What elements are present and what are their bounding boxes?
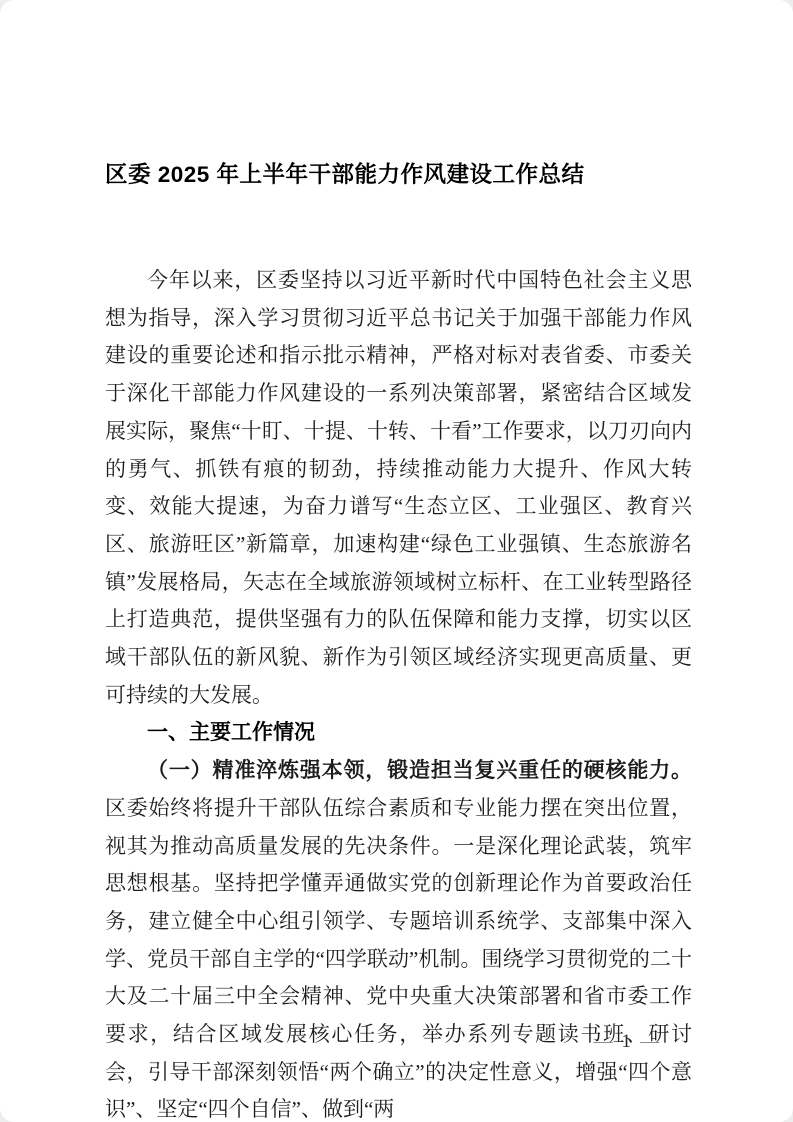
document-content: 区委 2025 年上半年干部能力作风建设工作总结 今年以来，区委坚持以习近平新时… [105, 158, 692, 1122]
paragraph-text-segment: 坚持把学懂弄通做实党的创新理论作为首要政治任务，建立健全中心组引领学、专题培训系… [105, 871, 692, 1121]
document-body: 今年以来，区委坚持以习近平新时代中国特色社会主义思想为指导，深入学习贯彻习近平总… [105, 262, 692, 1122]
paragraph-section-one: （一）精准淬炼强本领，锻造担当复兴重任的硬核能力。区委始终将提升干部队伍综合素质… [105, 752, 692, 1122]
footer-dash-left: — [594, 1031, 613, 1052]
page-footer: —1— [585, 1030, 669, 1054]
paragraph-lead-emphasis: （一）精准淬炼强本领，锻造担当复兴重任的硬核能力。 [147, 758, 692, 782]
footer-dash-right: — [640, 1031, 659, 1052]
document-title: 区委 2025 年上半年干部能力作风建设工作总结 [105, 158, 692, 192]
document-page: 区委 2025 年上半年干部能力作风建设工作总结 今年以来，区委坚持以习近平新时… [0, 0, 793, 1122]
paragraph-intro: 今年以来，区委坚持以习近平新时代中国特色社会主义思想为指导，深入学习贯彻习近平总… [105, 262, 692, 714]
section-heading-main-work: 一、主要工作情况 [105, 714, 692, 752]
page-number: 1 [622, 1031, 632, 1052]
